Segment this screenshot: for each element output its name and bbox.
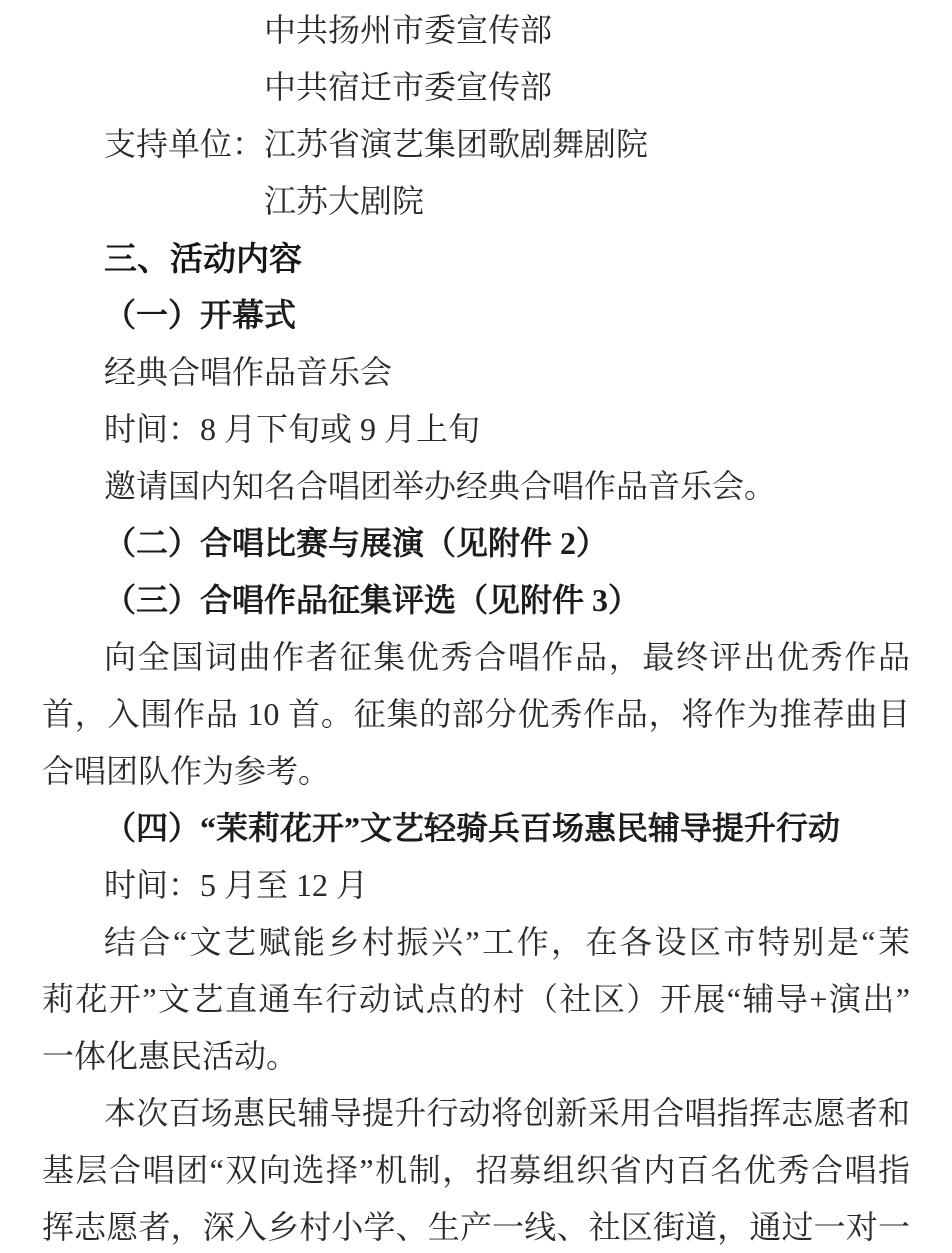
line-text: 合唱团队作为参考。	[42, 753, 330, 789]
document-line: 支持单位：江苏省演艺集团歌剧舞剧院	[42, 116, 910, 173]
line-text: 莉花开”文艺直通车行动试点的村（社区）开展“辅导+演出”	[42, 981, 910, 1017]
line-text: 时间：5 月至 12 月	[104, 867, 368, 903]
document-line: 基层合唱团“双向选择”机制，招募组织省内百名优秀合唱指	[42, 1142, 910, 1199]
line-text: 挥志愿者，深入乡村小学、生产一线、社区街道，通过一对一	[42, 1209, 910, 1245]
document-line: 向全国词曲作者征集优秀合唱作品，最终评出优秀作品 10	[42, 629, 910, 686]
document-line: 结合“文艺赋能乡村振兴”工作，在各设区市特别是“茉	[42, 914, 910, 971]
document-body: 中共扬州市委宣传部中共宿迁市委宣传部支持单位：江苏省演艺集团歌剧舞剧院江苏大剧院…	[42, 2, 910, 1253]
line-text: 邀请国内知名合唱团举办经典合唱作品音乐会。	[104, 468, 776, 504]
line-text: 三、活动内容	[104, 240, 302, 277]
line-text: 向全国词曲作者征集优秀合唱作品，最终评出优秀作品 10	[104, 639, 910, 686]
line-text: 时间：8 月下旬或 9 月上旬	[104, 411, 480, 447]
line-text: 中共宿迁市委宣传部	[264, 69, 552, 105]
line-text: 经典合唱作品音乐会	[104, 354, 392, 390]
document-line: 一体化惠民活动。	[42, 1028, 910, 1085]
document-line: 三、活动内容	[42, 230, 910, 287]
document-line: 时间：8 月下旬或 9 月上旬	[42, 401, 910, 458]
document-page: 中共扬州市委宣传部中共宿迁市委宣传部支持单位：江苏省演艺集团歌剧舞剧院江苏大剧院…	[0, 0, 952, 1253]
line-text: 支持单位：江苏省演艺集团歌剧舞剧院	[104, 126, 648, 162]
line-text: （二）合唱比赛与展演（见附件 2）	[104, 525, 608, 561]
line-text: （一）开幕式	[104, 297, 296, 333]
document-line: 江苏大剧院	[42, 173, 910, 230]
line-text: 结合“文艺赋能乡村振兴”工作，在各设区市特别是“茉	[104, 924, 910, 960]
document-line: 挥志愿者，深入乡村小学、生产一线、社区街道，通过一对一	[42, 1199, 910, 1253]
document-line: 莉花开”文艺直通车行动试点的村（社区）开展“辅导+演出”	[42, 971, 910, 1028]
line-text: 本次百场惠民辅导提升行动将创新采用合唱指挥志愿者和	[104, 1095, 910, 1131]
document-line: 本次百场惠民辅导提升行动将创新采用合唱指挥志愿者和	[42, 1085, 910, 1142]
document-line: 首，入围作品 10 首。征集的部分优秀作品，将作为推荐曲目供	[42, 686, 910, 743]
line-text: 江苏大剧院	[264, 183, 424, 219]
document-line: 合唱团队作为参考。	[42, 743, 910, 800]
line-text: 基层合唱团“双向选择”机制，招募组织省内百名优秀合唱指	[42, 1152, 910, 1188]
line-text: 一体化惠民活动。	[42, 1038, 298, 1074]
document-line: 时间：5 月至 12 月	[42, 857, 910, 914]
document-line: （三）合唱作品征集评选（见附件 3）	[42, 572, 910, 629]
document-line: （二）合唱比赛与展演（见附件 2）	[42, 515, 910, 572]
line-text: （四）“茉莉花开”文艺轻骑兵百场惠民辅导提升行动	[104, 810, 840, 846]
line-text: （三）合唱作品征集评选（见附件 3）	[104, 582, 640, 618]
line-text: 中共扬州市委宣传部	[264, 12, 552, 48]
document-line: （四）“茉莉花开”文艺轻骑兵百场惠民辅导提升行动	[42, 800, 910, 857]
document-line: 中共宿迁市委宣传部	[42, 59, 910, 116]
line-text: 首，入围作品 10 首。征集的部分优秀作品，将作为推荐曲目供	[42, 696, 910, 743]
document-line: 中共扬州市委宣传部	[42, 2, 910, 59]
document-line: 经典合唱作品音乐会	[42, 344, 910, 401]
document-line: 邀请国内知名合唱团举办经典合唱作品音乐会。	[42, 458, 910, 515]
document-line: （一）开幕式	[42, 287, 910, 344]
